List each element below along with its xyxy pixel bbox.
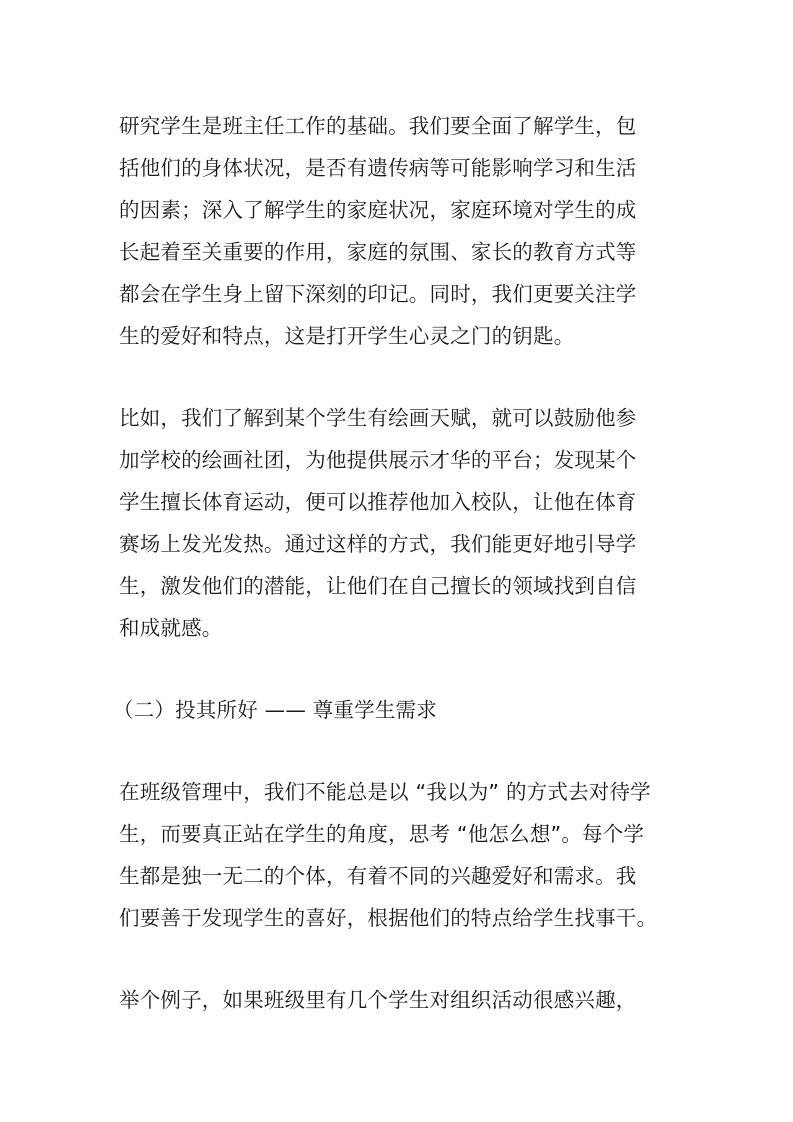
- text-line: 的因素；深入了解学生的家庭状况，家庭环境对学生的成: [119, 196, 637, 224]
- text-line: 举个例子，如果班级里有几个学生对组织活动很感兴趣，: [119, 986, 637, 1014]
- text-line: 生都是独一无二的个体，有着不同的兴趣爱好和需求。我: [119, 862, 637, 890]
- heading-text: （二）投其所好 —— 尊重学生需求: [113, 696, 437, 724]
- text-line: 赛场上发光发热。通过这样的方式，我们能更好地引导学: [119, 530, 637, 558]
- text-line: 比如，我们了解到某个学生有绘画天赋，就可以鼓励他参: [119, 404, 637, 432]
- text-line: 生的爱好和特点，这是打开学生心灵之门的钥匙。: [119, 322, 574, 350]
- text-line: 研究学生是班主任工作的基础。我们要全面了解学生，包: [119, 112, 637, 140]
- text-line: 生，激发他们的潜能，让他们在自己擅长的领域找到自信: [119, 572, 637, 600]
- text-line: 在班级管理中，我们不能总是以 “我以为” 的方式去对待学: [119, 778, 651, 806]
- text-line: 加学校的绘画社团，为他提供展示才华的平台；发现某个: [119, 446, 637, 474]
- text-line: 生，而要真正站在学生的角度，思考 “他怎么想”。每个学: [119, 820, 644, 848]
- text-line: 都会在学生身上留下深刻的印记。同时，我们更要关注学: [119, 280, 637, 308]
- text-line: 们要善于发现学生的喜好，根据他们的特点给学生找事干。: [119, 904, 657, 932]
- text-line: 括他们的身体状况，是否有遗传病等可能影响学习和生活: [119, 154, 637, 182]
- text-line: 和成就感。: [119, 614, 223, 642]
- text-line: 长起着至关重要的作用，家庭的氛围、家长的教育方式等: [119, 238, 637, 266]
- text-line: 学生擅长体育运动，便可以推荐他加入校队，让他在体育: [119, 488, 637, 516]
